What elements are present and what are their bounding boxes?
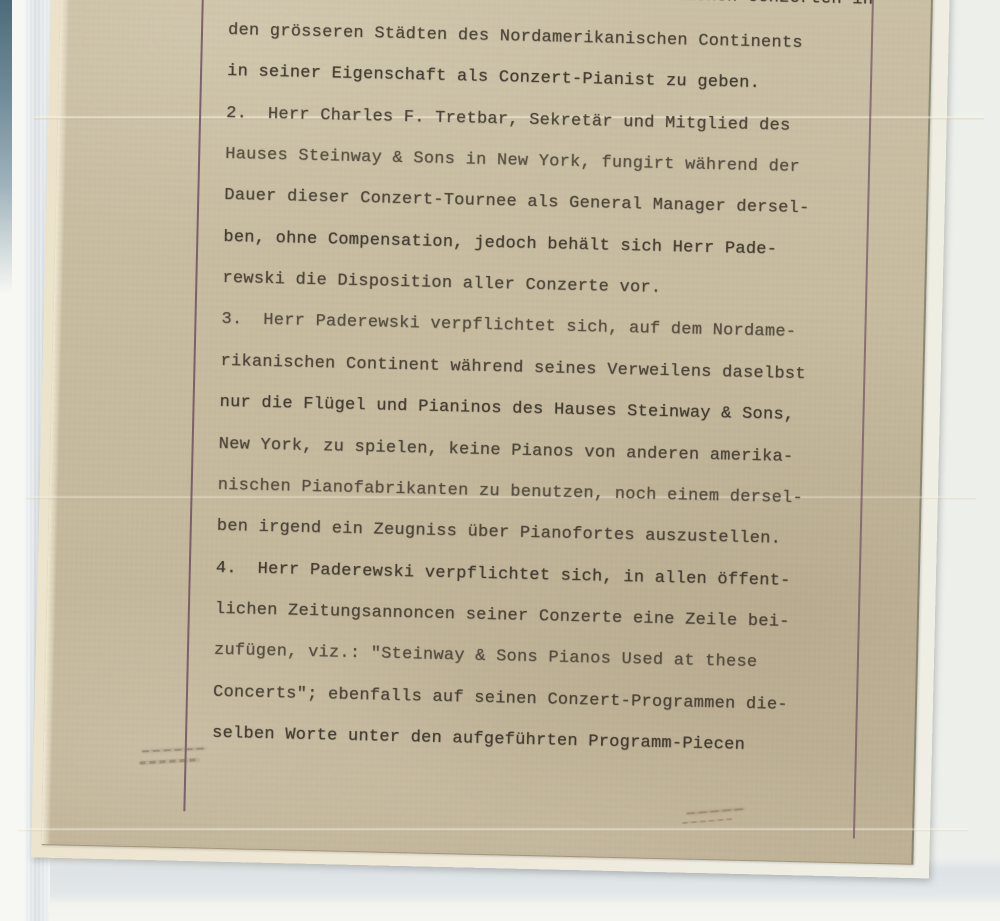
pencil-stroke: [139, 758, 199, 764]
pencil-mark-bottom: [682, 806, 749, 833]
typed-line: rewski die Disposition aller Conzerte vo…: [222, 267, 661, 301]
typed-line: 3. Herr Paderewski verpflichtet sich, au…: [221, 308, 796, 345]
typed-line: in seiner Eigenschaft als Conzert-Pianis…: [227, 60, 760, 96]
pencil-mark-left: [139, 742, 210, 772]
pencil-stroke: [682, 818, 732, 824]
pencil-stroke: [686, 808, 744, 815]
typed-line: rikanischen Continent während seines Ver…: [220, 350, 806, 387]
typed-line: selben Worte unter den aufgeführten Prog…: [212, 722, 745, 758]
typed-line: Hauses Steinway & Sons in New York, fung…: [225, 143, 800, 180]
typed-line: nischen Pianofabrikanten zu benutzen, no…: [217, 474, 803, 511]
typed-line: ben, ohne Compensation, jedoch behält si…: [223, 226, 777, 263]
typed-line: ben irgend ein Zeugniss über Pianofortes…: [217, 515, 782, 552]
typed-line-fragment-clipped: öffentlichen Conzerten in: [612, 0, 874, 13]
scanned-document: { "page": { "kind": "scanned typewritten…: [0, 0, 1000, 921]
typed-line: nur die Flügel und Pianinos des Hauses S…: [219, 391, 794, 428]
typed-line: 4. Herr Paderewski verpflichtet sich, in…: [216, 556, 791, 593]
typed-line: 2. Herr Charles F. Tretbar, Sekretär und…: [226, 102, 791, 139]
margin-rule-left: [183, 0, 206, 811]
pencil-stroke: [142, 747, 206, 752]
typed-line: Concerts"; ebenfalls auf seinen Conzert-…: [213, 680, 788, 717]
top-left-scan-shadow: [0, 0, 12, 310]
typed-line: New York, zu spielen, keine Pianos von a…: [218, 432, 793, 469]
typed-line: lichen Zeitungsannoncen seiner Conzerte …: [215, 598, 790, 635]
margin-rule-right: [853, 0, 876, 838]
typed-line: den grösseren Städten des Nordamerikanis…: [228, 19, 803, 56]
document-paper: öffentlichen Conzerten in den grösseren …: [42, 0, 935, 865]
typed-line: zufügen, viz.: "Steinway & Sons Pianos U…: [214, 639, 758, 675]
fold-crease-bottom: [18, 827, 968, 831]
typed-line: Dauer dieser Conzert-Tournee als General…: [224, 184, 810, 221]
